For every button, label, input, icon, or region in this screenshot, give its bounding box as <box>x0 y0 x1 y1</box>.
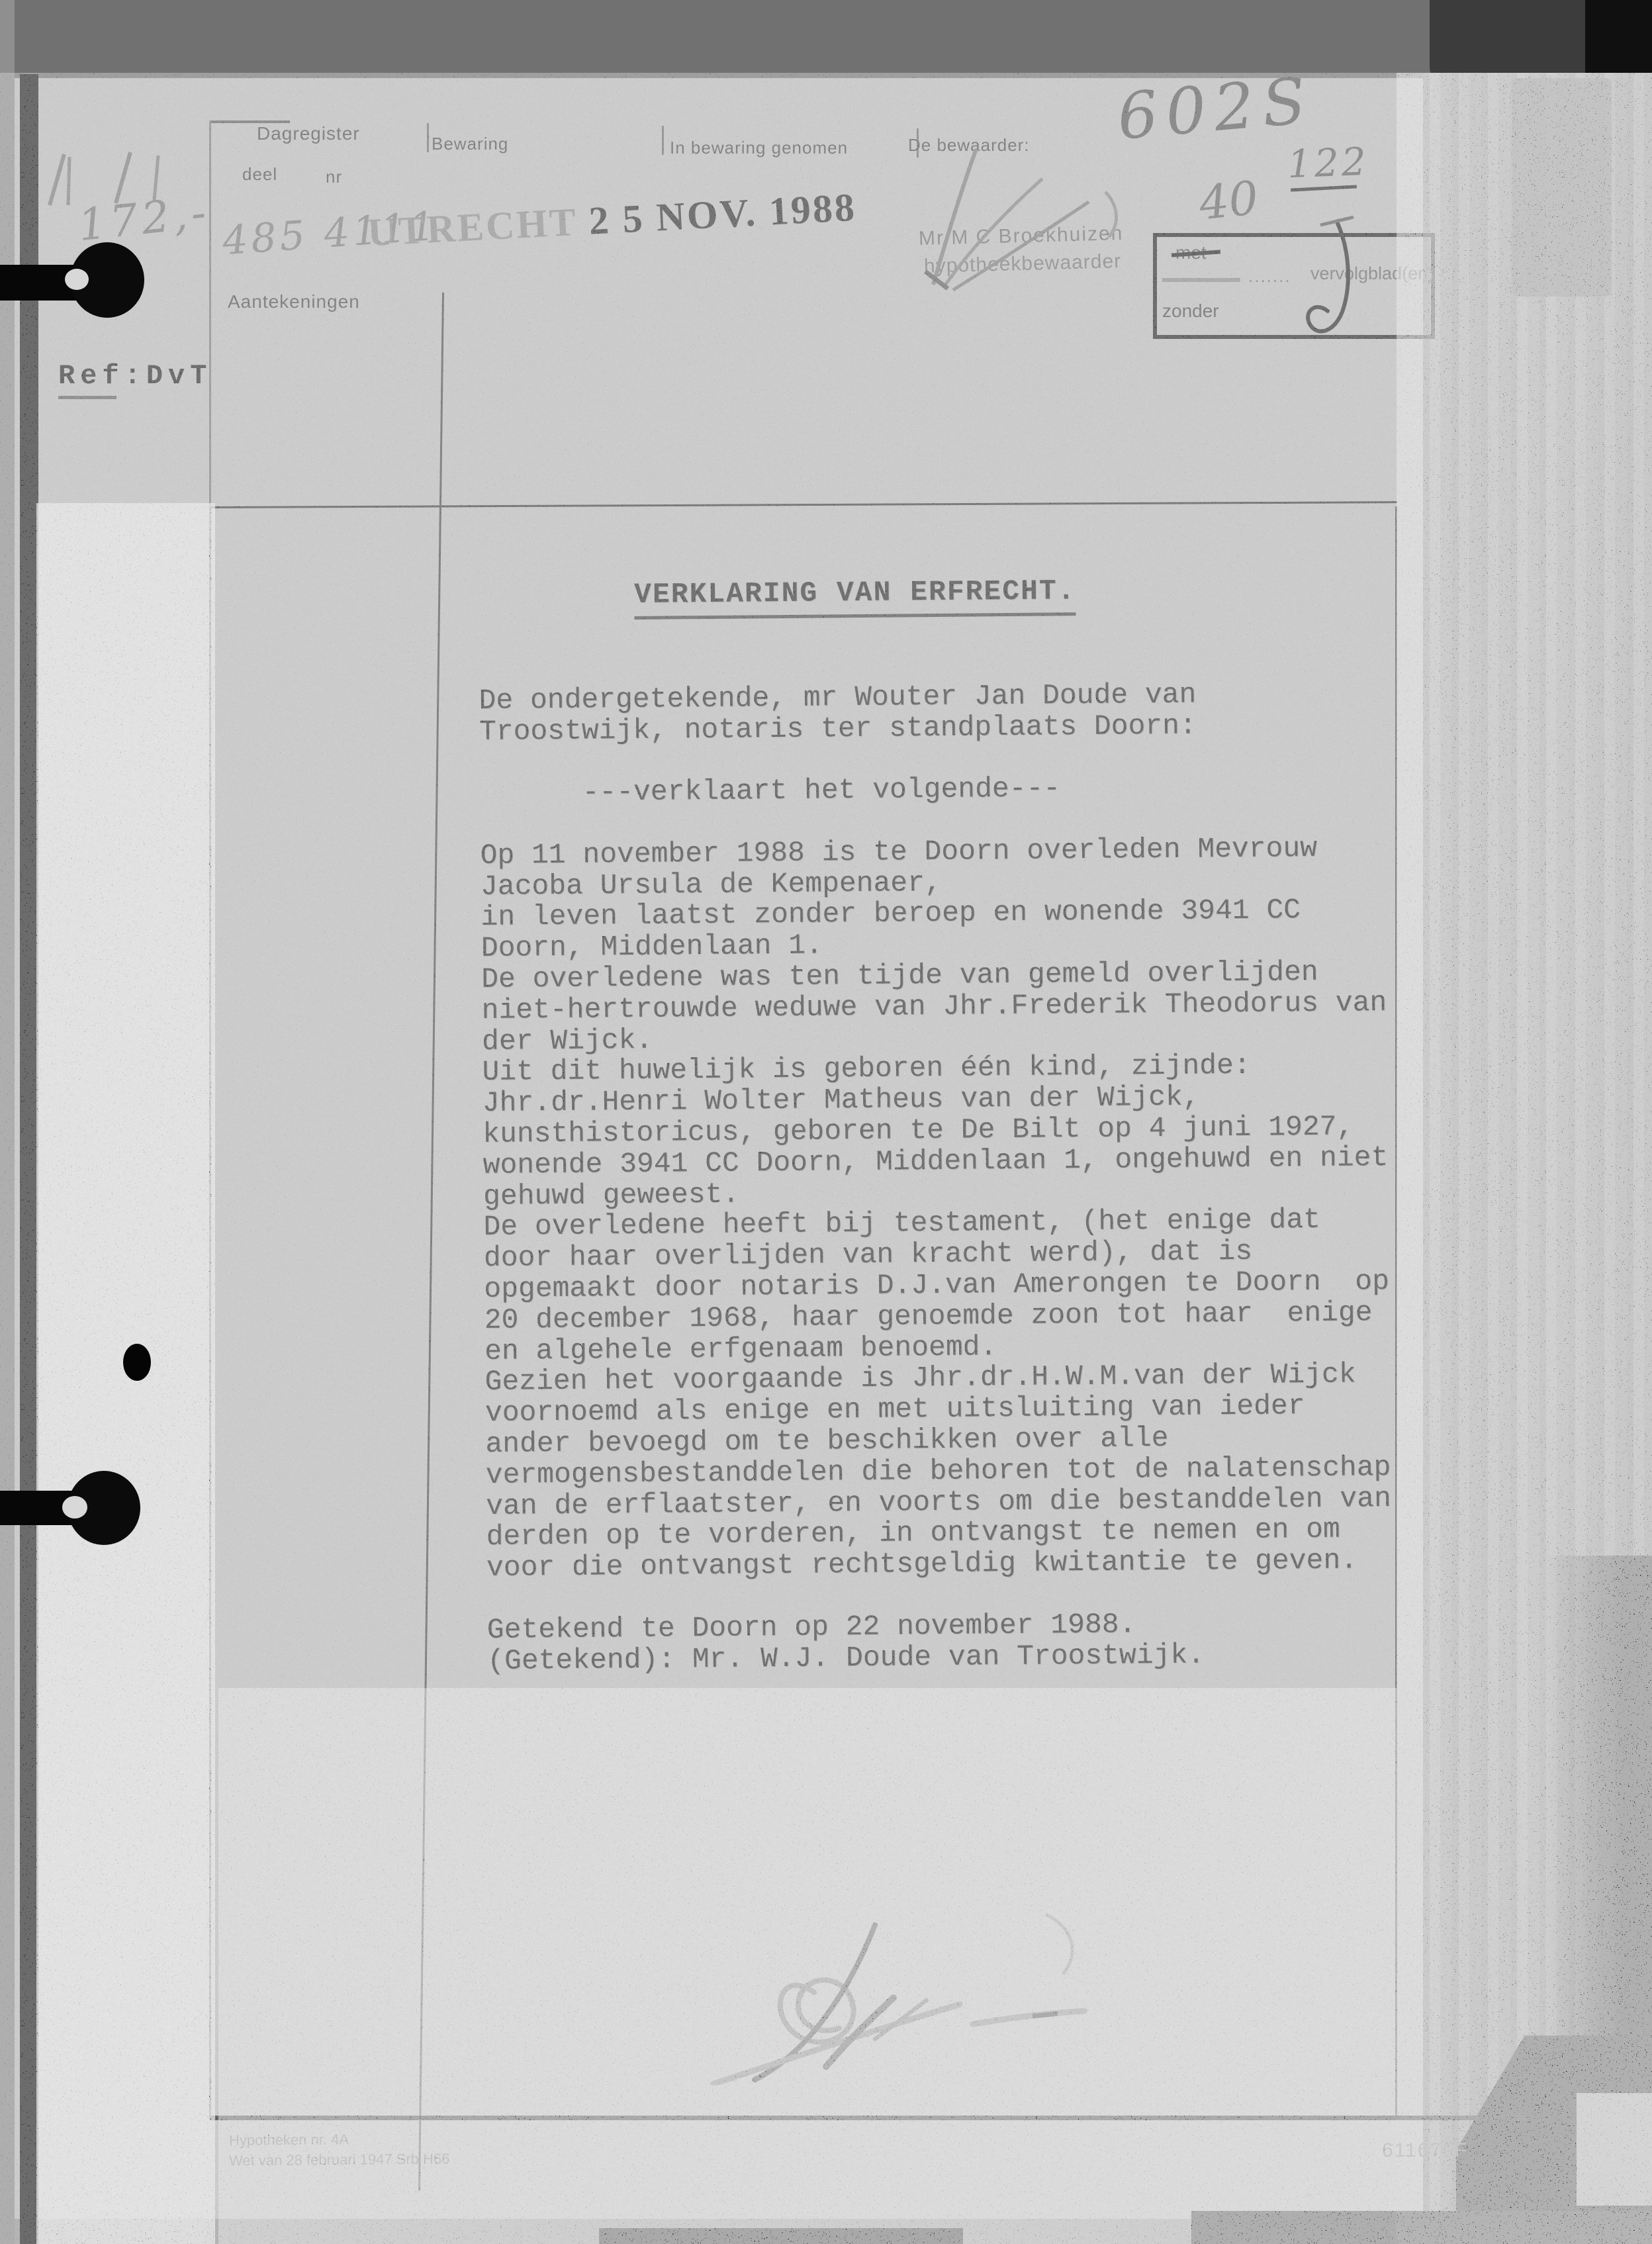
scan-right-dark-column <box>1512 78 1612 297</box>
vervolgblad-zonder-option: zonder <box>1162 301 1219 322</box>
scanned-document-page: Dagregister deel nr Bewaring In bewaring… <box>0 0 1652 2244</box>
form-left-divider <box>209 120 211 508</box>
document-frame-left <box>209 506 211 2117</box>
scan-top-edge <box>0 0 1652 78</box>
ref-label: Ref:DvT <box>58 360 212 392</box>
typed-document: VERKLARING VAN ERFRECHT. De ondergeteken… <box>478 573 1414 1677</box>
bewaarder-paraaf-scribble <box>913 113 1132 304</box>
document-title: VERKLARING VAN ERFRECHT. <box>634 576 1076 620</box>
footer-law-reference: Wet van 28 februari 1947 Srb H66 <box>229 2151 450 2170</box>
scan-left-black-strip <box>20 74 38 2244</box>
handwritten-loop-mark <box>1258 212 1390 357</box>
punched-hole-dot <box>123 1344 151 1381</box>
binder-hole-top <box>65 269 89 290</box>
document-frame-top <box>209 501 1397 508</box>
aantekeningen-label: Aantekeningen <box>228 291 360 312</box>
document-frame-bottom <box>209 2116 1526 2120</box>
document-inner-vertical-line <box>418 293 444 2191</box>
utrecht-date-stamp: UTRECHT 2 5 NOV. 1988 <box>367 185 858 256</box>
scan-bottom-black-bar <box>599 2228 963 2244</box>
document-body: De ondergetekende, mr Wouter Jan Doude v… <box>479 678 1414 1677</box>
stamp-date: 2 5 NOV. 1988 <box>588 185 858 243</box>
vervolgblad-underline <box>1162 278 1240 282</box>
ref-underline <box>58 396 116 399</box>
signature-scribble <box>675 1887 1138 2085</box>
handwritten-number-40: 40 <box>1197 171 1261 231</box>
document-text-line: (Getekend): Mr. W.J. Doude van Troostwij… <box>487 1638 1414 1677</box>
scan-left-gray-strip <box>0 0 15 2244</box>
handwritten-page-number: 122 <box>1287 139 1369 187</box>
deel-label: deel <box>242 164 277 185</box>
binder-hole-bottom <box>62 1496 87 1519</box>
footer-print-code: 611679F <box>1382 2139 1468 2162</box>
scan-bottom-right-dark-strip <box>1191 2211 1652 2244</box>
dagregister-label: Dagregister <box>257 123 360 144</box>
form-tick-1 <box>427 123 429 152</box>
bewaring-label: Bewaring <box>432 134 508 154</box>
scan-bottom-right-gray-patch <box>1577 2093 1652 2206</box>
footer-form-name: Hypotheken nr. 4A <box>229 2131 349 2149</box>
nr-label: nr <box>326 167 342 187</box>
in-bewaring-genomen-label: In bewaring genomen <box>670 138 848 158</box>
form-tick-2 <box>662 126 664 155</box>
